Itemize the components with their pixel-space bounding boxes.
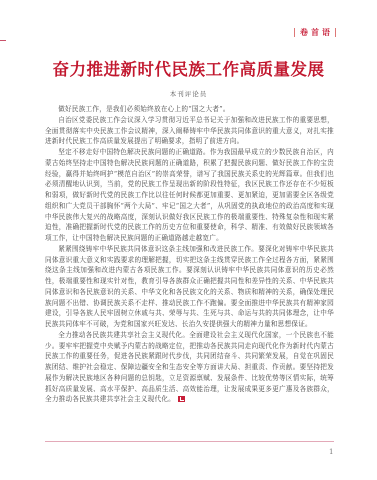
page-number: 1 [329,448,333,456]
paragraph: 做好民族工作，是我们必须始终放在心上的“国之大者”。 [45,104,334,115]
section-tag-label: 卷首语 [295,27,335,38]
paragraph: 坚定不移走好中国特色解决民族问题的正确道路。作为我国最早成立的少数民族自治区，内… [45,147,334,244]
article-body: 做好民族工作，是我们必须始终放在心上的“国之大者”。 自治区党委民族工作会议深入… [45,104,334,405]
end-mark-icon [178,396,185,402]
footer-rule [45,441,334,442]
paragraph: 紧紧围绕铸牢中华民族共同体意识这条主线加强和改进民族工作。要深化对铸牢中华民族共… [45,244,334,330]
section-tag-right-bar [335,28,336,37]
paragraph-text: 全力推动各民族共建共享社会主义现代化。全面建设社会主义现代化国家，一个民族也不能… [45,331,334,404]
article-title: 奋力推进新时代民族工作高质量发展 [0,56,377,80]
paragraph-last: 全力推动各民族共建共享社会主义现代化。全面建设社会主义现代化国家，一个民族也不能… [45,330,334,405]
section-tag: 卷首语 [294,27,336,38]
paragraph: 自治区党委民族工作会议深入学习贯彻习近平总书记关于加强和改进民族工作的重要思想，… [45,115,334,147]
margin-decoration-line [0,40,6,41]
article-byline: 本刊评论员 [0,89,377,98]
